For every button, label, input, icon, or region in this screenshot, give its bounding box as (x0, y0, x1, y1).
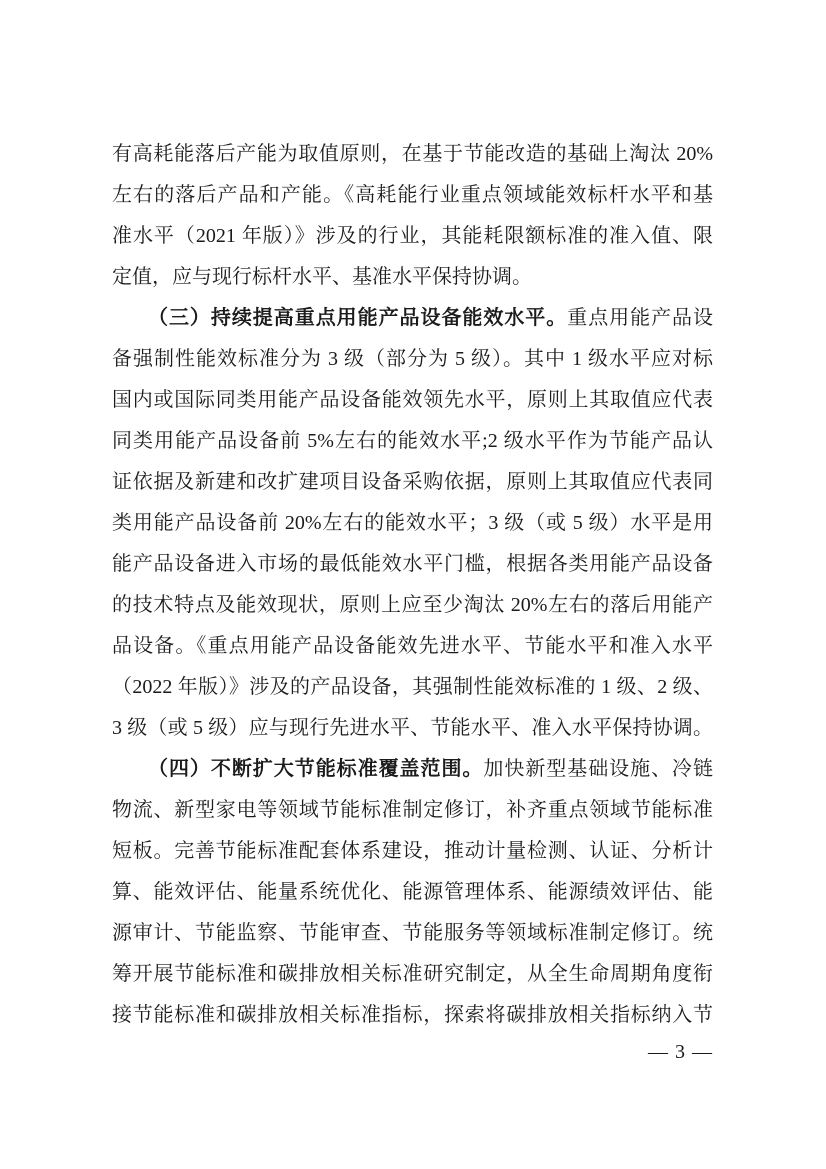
document-line: 准水平（2021 年版）》涉及的行业，其能耗限额标准的准入值、限 (112, 216, 713, 257)
text-run: 筹开展节能标准和碳排放相关标准研究制定，从全生命周期角度衔 (112, 963, 713, 985)
document-line: 证依据及新建和改扩建项目设备采购依据，原则上其取值应代表同 (112, 462, 713, 503)
text-run: 算、能效评估、能量系统优化、能源管理体系、能源绩效评估、能 (112, 881, 713, 903)
text-run: 准水平（2021 年版）》涉及的行业，其能耗限额标准的准入值、限 (112, 225, 713, 247)
document-line: 国内或国际同类用能产品设备能效领先水平，原则上其取值应代表 (112, 380, 713, 421)
text-run: 证依据及新建和改扩建项目设备采购依据，原则上其取值应代表同 (112, 471, 713, 493)
text-run: 类用能产品设备前 20%左右的能效水平；3 级（或 5 级）水平是用 (112, 512, 713, 534)
text-run: 加快新型基础设施、冷链 (483, 758, 713, 780)
document-line: 的技术特点及能效现状，原则上应至少淘汰 20%左右的落后用能产 (112, 585, 713, 626)
text-run: 3 级（或 5 级）应与现行先进水平、节能水平、准入水平保持协调。 (112, 717, 713, 739)
document-line: 接节能标准和碳排放相关标准指标，探索将碳排放相关指标纳入节 (112, 995, 713, 1036)
document-body: 有高耗能落后产能为取值原则，在基于节能改造的基础上淘汰 20%左右的落后产品和产… (112, 134, 713, 1036)
text-run: 国内或国际同类用能产品设备能效领先水平，原则上其取值应代表 (112, 389, 713, 411)
text-run: 能产品设备进入市场的最低能效水平门槛，根据各类用能产品设备 (112, 553, 713, 575)
page-number: — 3 — (648, 1038, 713, 1066)
text-run: 源审计、节能监察、节能审查、节能服务等领域标准制定修订。统 (112, 922, 713, 944)
document-line: 短板。完善节能标准配套体系建设，推动计量检测、认证、分析计 (112, 831, 713, 872)
text-run: 备强制性能效标准分为 3 级（部分为 5 级）。其中 1 级水平应对标 (112, 348, 713, 370)
text-run: 有高耗能落后产能为取值原则，在基于节能改造的基础上淘汰 20% (112, 143, 713, 165)
text-run: 重点用能产品设 (567, 307, 713, 329)
text-run: 品设备。《重点用能产品设备能效先进水平、节能水平和准入水平 (112, 635, 713, 657)
text-run: 的技术特点及能效现状，原则上应至少淘汰 20%左右的落后用能产 (112, 594, 713, 616)
document-line: 物流、新型家电等领域节能标准制定修订，补齐重点领域节能标准 (112, 790, 713, 831)
text-run: 同类用能产品设备前 5%左右的能效水平;2 级水平作为节能产品认 (112, 430, 713, 452)
document-line: 左右的落后产品和产能。《高耗能行业重点领域能效标杆水平和基 (112, 175, 713, 216)
section-heading-run: （四）不断扩大节能标准覆盖范围。 (148, 758, 483, 780)
section-heading-run: （三）持续提高重点用能产品设备能效水平。 (148, 307, 567, 329)
text-run: 定值，应与现行标杆水平、基准水平保持协调。 (112, 266, 532, 288)
document-line: 类用能产品设备前 20%左右的能效水平；3 级（或 5 级）水平是用 (112, 503, 713, 544)
document-line: 同类用能产品设备前 5%左右的能效水平;2 级水平作为节能产品认 (112, 421, 713, 462)
document-line: 备强制性能效标准分为 3 级（部分为 5 级）。其中 1 级水平应对标 (112, 339, 713, 380)
document-line: 定值，应与现行标杆水平、基准水平保持协调。 (112, 257, 713, 298)
document-line: （三）持续提高重点用能产品设备能效水平。重点用能产品设 (112, 298, 713, 339)
document-line: 能产品设备进入市场的最低能效水平门槛，根据各类用能产品设备 (112, 544, 713, 585)
document-line: （四）不断扩大节能标准覆盖范围。加快新型基础设施、冷链 (112, 749, 713, 790)
document-line: 源审计、节能监察、节能审查、节能服务等领域标准制定修订。统 (112, 913, 713, 954)
text-run: 左右的落后产品和产能。《高耗能行业重点领域能效标杆水平和基 (112, 184, 713, 206)
text-run: 短板。完善节能标准配套体系建设，推动计量检测、认证、分析计 (112, 840, 713, 862)
document-line: 品设备。《重点用能产品设备能效先进水平、节能水平和准入水平 (112, 626, 713, 667)
document-line: （2022 年版）》涉及的产品设备，其强制性能效标准的 1 级、2 级、 (112, 667, 713, 708)
document-line: 筹开展节能标准和碳排放相关标准研究制定，从全生命周期角度衔 (112, 954, 713, 995)
document-line: 3 级（或 5 级）应与现行先进水平、节能水平、准入水平保持协调。 (112, 708, 713, 749)
text-run: 接节能标准和碳排放相关标准指标，探索将碳排放相关指标纳入节 (112, 1004, 713, 1026)
document-line: 算、能效评估、能量系统优化、能源管理体系、能源绩效评估、能 (112, 872, 713, 913)
text-run: （2022 年版）》涉及的产品设备，其强制性能效标准的 1 级、2 级、 (112, 676, 713, 698)
text-run: 物流、新型家电等领域节能标准制定修订，补齐重点领域节能标准 (112, 799, 713, 821)
document-line: 有高耗能落后产能为取值原则，在基于节能改造的基础上淘汰 20% (112, 134, 713, 175)
